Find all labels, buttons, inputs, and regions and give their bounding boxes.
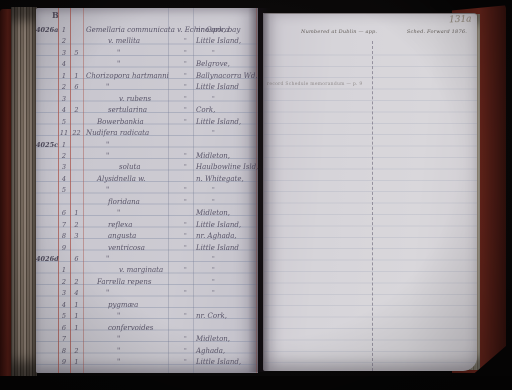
background-bottom <box>0 376 512 390</box>
item-number: 4 <box>58 300 70 311</box>
count-number: 1 <box>70 71 83 82</box>
locality-entry: Midleton, <box>196 151 230 162</box>
table-row: floridana"" <box>36 197 258 208</box>
register-number: 4025c <box>36 140 57 151</box>
ditto-mark: " <box>184 311 187 322</box>
species-entry: floridana <box>108 197 140 208</box>
count-number: 1 <box>70 208 83 219</box>
ditto-mark: " <box>184 36 187 47</box>
table-row: 5""" <box>36 185 258 196</box>
item-number: 5 <box>58 117 70 128</box>
ditto-mark: " <box>184 94 187 105</box>
ditto-mark: " <box>184 231 187 242</box>
species-entry: " <box>106 82 109 93</box>
table-row: 2v. mellita"Little Island, <box>36 36 258 47</box>
count-number: 6 <box>70 82 83 93</box>
table-row: 4026d6"" <box>36 254 258 265</box>
item-number: 2 <box>58 36 70 47</box>
table-row: 26""Little Island <box>36 82 258 93</box>
printed-header: Numbered at Dublin — app. Sched. Forward… <box>301 29 467 35</box>
item-number: 9 <box>58 357 70 368</box>
register-table: 4026a1Gemellaria communicata v. Echinosp… <box>36 25 258 369</box>
table-row: 22Farrella repens" <box>36 277 258 288</box>
table-row: 11Chorizopora hartmanni"Ballynacorra Wd. <box>36 71 258 82</box>
ledger-right-page: 131a Numbered at Dublin — app. Sched. Fo… <box>263 13 477 371</box>
item-number: 9 <box>58 243 70 254</box>
species-entry: confervoides <box>108 323 153 334</box>
table-row: 51""nr. Cork, <box>36 311 258 322</box>
page-number: 131a <box>449 15 472 26</box>
locality-entry: Midleton, <box>196 208 230 219</box>
ditto-mark: " <box>184 105 187 116</box>
ledger-photo: B 4026a1Gemellaria communicata v. Echino… <box>0 0 512 390</box>
table-row: 3soluta"Haulbowline Isld, <box>36 162 258 173</box>
locality-entry: " <box>212 128 215 139</box>
species-entry: reflexa <box>108 220 132 231</box>
table-row: 61"Midleton, <box>36 208 258 219</box>
locality-entry: " <box>212 288 215 299</box>
count-number: 1 <box>70 357 83 368</box>
table-row: 2""Midleton, <box>36 151 258 162</box>
table-row: 42sertularina"Cork, <box>36 105 258 116</box>
table-row: 4026a1Gemellaria communicata v. Echinosp… <box>36 25 258 36</box>
item-number: 4 <box>58 174 70 185</box>
species-entry: " <box>106 140 109 151</box>
species-entry: " <box>117 48 120 59</box>
species-entry: sertularina <box>108 105 147 116</box>
species-entry: v. marginata <box>119 265 163 276</box>
locality-entry: Little Island <box>196 82 239 93</box>
locality-entry: " <box>212 277 215 288</box>
species-entry: " <box>106 288 109 299</box>
ditto-mark: " <box>184 59 187 70</box>
item-number: 8 <box>58 346 70 357</box>
item-number: 1 <box>58 140 70 151</box>
count-number: 5 <box>70 48 83 59</box>
locality-entry: nr. Cork, <box>196 311 227 322</box>
ditto-mark: " <box>184 117 187 128</box>
item-number: 1 <box>58 265 70 276</box>
table-row: 82""Aghada, <box>36 346 258 357</box>
item-number: 1 <box>58 71 70 82</box>
book-gutter-shadow <box>248 8 270 372</box>
locality-entry: " <box>212 197 215 208</box>
table-row: 9ventricosa"Little Island <box>36 243 258 254</box>
species-entry: " <box>117 311 120 322</box>
locality-entry: Belgrove, <box>196 59 230 70</box>
ledger-left-page: B 4026a1Gemellaria communicata v. Echino… <box>36 8 258 373</box>
species-entry: Chorizopora hartmanni <box>86 71 169 82</box>
ditto-mark: " <box>184 220 187 231</box>
locality-entry: Little Island <box>196 243 239 254</box>
stamp-note: record Schedule memorandum — p. 9 <box>267 81 363 86</box>
count-number: 4 <box>70 288 83 299</box>
species-entry: Farrella repens <box>97 277 151 288</box>
item-number: 6 <box>58 208 70 219</box>
species-entry: " <box>117 59 120 70</box>
ditto-mark: " <box>184 357 187 368</box>
table-row: 91""Little Island, <box>36 357 258 368</box>
table-row: 5Bowerbankia"Little Island, <box>36 117 258 128</box>
species-entry: " <box>106 254 109 265</box>
count-number: 1 <box>70 311 83 322</box>
table-row: 4""Belgrove, <box>36 59 258 70</box>
table-row: 3v. rubens"" <box>36 94 258 105</box>
table-row: 1122Nudifera radicata" <box>36 128 258 139</box>
table-row: 34""" <box>36 288 258 299</box>
table-row: 4025c1" <box>36 140 258 151</box>
item-number: 2 <box>58 82 70 93</box>
count-number: 6 <box>70 254 83 265</box>
ditto-mark: " <box>184 197 187 208</box>
locality-entry: nr. Aghada, <box>196 231 237 242</box>
ditto-mark: " <box>184 151 187 162</box>
count-number: 3 <box>70 231 83 242</box>
item-number: 3 <box>58 288 70 299</box>
count-number: 2 <box>70 220 83 231</box>
printed-header-left: Numbered at Dublin — app. <box>301 29 377 35</box>
locality-entry: " <box>212 254 215 265</box>
ditto-mark: " <box>184 48 187 59</box>
locality-entry: n. Whitegate, <box>196 174 244 185</box>
locality-entry: " <box>212 94 215 105</box>
item-number: 3 <box>58 48 70 59</box>
species-entry: " <box>117 334 120 345</box>
ditto-mark: " <box>184 346 187 357</box>
center-dashed-rule <box>372 41 373 371</box>
count-number: 1 <box>70 323 83 334</box>
species-entry: " <box>117 208 120 219</box>
species-entry: " <box>106 185 109 196</box>
item-number: 5 <box>58 311 70 322</box>
item-number: 7 <box>58 334 70 345</box>
species-entry: v. rubens <box>119 94 151 105</box>
item-number: 11 <box>58 128 70 139</box>
ditto-mark: " <box>184 82 187 93</box>
locality-entry: Aghada, <box>196 346 225 357</box>
species-entry: Nudifera radicata <box>86 128 149 139</box>
species-entry: ventricosa <box>108 243 145 254</box>
ditto-mark: " <box>184 71 187 82</box>
table-row: 1v. marginata"" <box>36 265 258 276</box>
ditto-mark: " <box>184 265 187 276</box>
count-number: 2 <box>70 277 83 288</box>
page-edges-left <box>11 7 37 377</box>
species-entry: soluta <box>119 162 141 173</box>
locality-entry: Little Island, <box>196 220 241 231</box>
count-number: 1 <box>70 300 83 311</box>
species-entry: Bowerbankia <box>97 117 144 128</box>
item-number: 2 <box>58 151 70 162</box>
locality-entry: " <box>212 265 215 276</box>
locality-entry: " <box>212 185 215 196</box>
species-entry: " <box>117 357 120 368</box>
item-number: 8 <box>58 231 70 242</box>
count-number: 2 <box>70 346 83 357</box>
ditto-mark: " <box>184 334 187 345</box>
count-number: 2 <box>70 105 83 116</box>
register-number: 4026a <box>36 25 57 36</box>
locality-entry: Little Island, <box>196 357 241 368</box>
item-number: 4 <box>58 59 70 70</box>
item-number: 4 <box>58 105 70 116</box>
table-row: 83angusta"nr. Aghada, <box>36 231 258 242</box>
register-number: 4026d <box>36 254 57 265</box>
table-row: 35""" <box>36 48 258 59</box>
species-entry: Alysidnella w. <box>97 174 145 185</box>
table-row: 4Alysidnella w.n. Whitegate, <box>36 174 258 185</box>
species-entry: angusta <box>108 231 136 242</box>
table-row: 72reflexa"Little Island, <box>36 220 258 231</box>
table-row: 7""Midleton, <box>36 334 258 345</box>
item-number: 7 <box>58 220 70 231</box>
ditto-mark: " <box>184 288 187 299</box>
item-number: 2 <box>58 277 70 288</box>
count-number: 22 <box>70 128 83 139</box>
species-entry: v. mellita <box>108 36 140 47</box>
ditto-mark: " <box>184 162 187 173</box>
table-row: 61confervoides <box>36 323 258 334</box>
ditto-mark: " <box>184 243 187 254</box>
ditto-mark: " <box>184 185 187 196</box>
item-number: 1 <box>58 25 70 36</box>
item-number: 3 <box>58 162 70 173</box>
item-number: 5 <box>58 185 70 196</box>
horizontal-ruling-right <box>264 44 477 366</box>
locality-entry: " <box>212 48 215 59</box>
table-row: 41pygmæa <box>36 300 258 311</box>
species-entry: " <box>117 346 120 357</box>
locality-entry: nr Cork, bay <box>196 25 240 36</box>
species-entry: " <box>106 151 109 162</box>
locality-entry: Little Island, <box>196 36 241 47</box>
locality-entry: Cork, <box>196 105 215 116</box>
locality-entry: Little Island, <box>196 117 241 128</box>
species-entry: pygmæa <box>108 300 138 311</box>
item-number: 6 <box>58 323 70 334</box>
printed-header-right: Sched. Forward 1876. <box>407 29 467 35</box>
item-number: 3 <box>58 94 70 105</box>
locality-entry: Midleton, <box>196 334 230 345</box>
